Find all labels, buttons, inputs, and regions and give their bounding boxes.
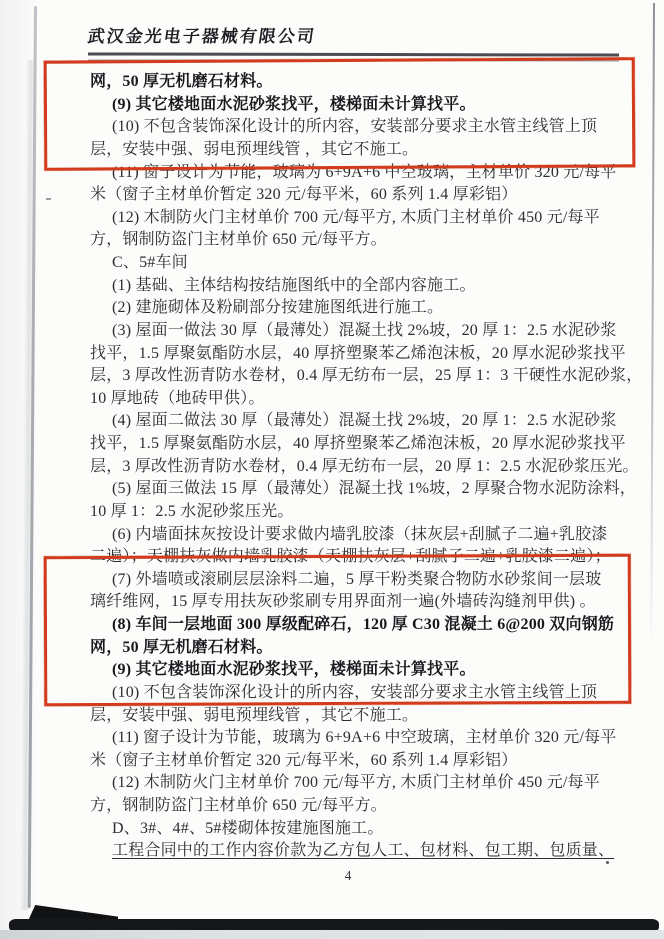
text-line: (10) 不包含装饰深化设计的所内容，安装部分要求主水管主线管上顶 [90,116,622,139]
text-line: (8) 车间一层地面 300 厚级配碎石，120 厚 C30 混凝土 6@200… [90,614,622,637]
scan-bottom-wedge [28,901,118,921]
text-line: 工程合同中的工作内容价款为乙方包人工、包材料、包工期、包质量、 [90,840,622,863]
content-lines: 网，50 厚无机磨石材料。(9) 其它楼地面水泥砂浆找平，楼梯面未计算找平。(1… [90,71,622,863]
text-line: 层，3 厚改性沥青防水卷材，0.4 厚无纺布一层，25 厚 1：3 干硬性水泥砂… [90,365,622,388]
text-line: (11) 窗子设计为节能，玻璃为 6+9A+6 中空玻璃，主材单价 320 元/… [90,162,622,185]
text-line: 10 厚 1：2.5 水泥砂浆压光。 [90,501,622,524]
text-line: 网，50 厚无机磨石材料。 [90,637,622,660]
text-line: (2) 建施砌体及粉刷部分按建施图纸进行施工。 [90,297,622,320]
text-line: (3) 屋面一做法 30 厚（最薄处）混凝土找 2%坡，20 厚 1：2.5 水… [90,320,622,343]
text-line: (1) 基础、主体结构按结施图纸中的全部内容施工。 [90,275,622,298]
text-line: D、3#、4#、5#楼砌体按建施图施工。 [90,818,622,841]
scan-artifact-dot [606,861,609,864]
text-line: 网，50 厚无机磨石材料。 [90,71,622,94]
text-line: 二遍）；天棚扶灰做内墙乳胶漆（天棚扶灰层+刮腻子二遍+乳胶漆二遍）； [90,546,622,569]
text-line: (9) 其它楼地面水泥砂浆找平，楼梯面未计算找平。 [90,94,622,117]
scan-below-band [0,930,664,939]
text-line: 找平，1.5 厚聚氨酯防水层，40 厚挤塑聚苯乙烯泡沫板，20 厚水泥砂浆找平 [90,433,622,456]
text-line: 层，安装中强、弱电预埋线管 ，其它不施工。 [90,139,622,162]
page-number: 4 [330,868,366,884]
text-line: C、5#车间 [90,252,622,275]
text-line: 方，钢制防盗门主材单价 650 元/每平方。 [90,229,622,252]
text-line: (12) 木制防火门主材单价 700 元/每平方, 木质门主材单价 450 元/… [90,772,622,795]
scanned-contract-page: 武汉金光电子器械有限公司 网，50 厚无机磨石材料。(9) 其它楼地面水泥砂浆找… [0,0,664,939]
text-line: 层，安装中强、弱电预埋线管 ，其它不施工。 [90,705,622,728]
text-line: 找平，1.5 厚聚氨酯防水层，40 厚挤塑聚苯乙烯泡沫板，20 厚水泥砂浆找平 [90,343,622,366]
text-line: (12) 木制防火门主材单价 700 元/每平方, 木质门主材单价 450 元/… [90,207,622,230]
text-line: 10 厚地砖（地砖甲供）。 [90,388,622,411]
text-line: (5) 屋面三做法 15 厚（最薄处）混凝土找 1%坡，2 厚聚合物水泥防涂料， [90,478,622,501]
text-line: (7) 外墙喷或滚刷层层涂料二遍，5 厚干粉类聚合物防水砂浆间一层玻 [90,569,622,592]
text-line: 米（窗子主材单价暂定 320 元/每平米，60 系列 1.4 厚彩铝） [90,184,622,207]
text-line: 方，钢制防盗门主材单价 650 元/每平方。 [90,795,622,818]
text-line: 米（窗子主材单价暂定 320 元/每平米，60 系列 1.4 厚彩铝） [90,750,622,773]
header-rule [88,52,619,61]
scan-artifact-dash [46,198,51,200]
page-right-edge [650,3,655,653]
text-line: (9) 其它楼地面水泥砂浆找平，楼梯面未计算找平。 [90,659,622,682]
text-line: (11) 窗子设计为节能，玻璃为 6+9A+6 中空玻璃，主材单价 320 元/… [90,727,622,750]
text-line: 层，3 厚改性沥青防水卷材，0.4 厚无纺布一层，20 厚 1：2.5 水泥砂浆… [90,456,622,479]
text-line: (6) 内墙面抹灰按设计要求做内墙乳胶漆（抹灰层+刮腻子二遍+乳胶漆 [90,524,622,547]
text-line: (10) 不包含装饰深化设计的所内容，安装部分要求主水管主线管上顶 [90,682,622,705]
company-header: 武汉金光电子器械有限公司 [86,22,318,47]
text-line: (4) 屋面二做法 30 厚（最薄处）混凝土找 2%坡，20 厚 1：2.5 水… [90,410,622,433]
text-line: 璃纤维网，15 厚专用扶灰砂浆刷专用界面剂一遍(外墙砖沟缝剂甲供) 。 [90,591,622,614]
